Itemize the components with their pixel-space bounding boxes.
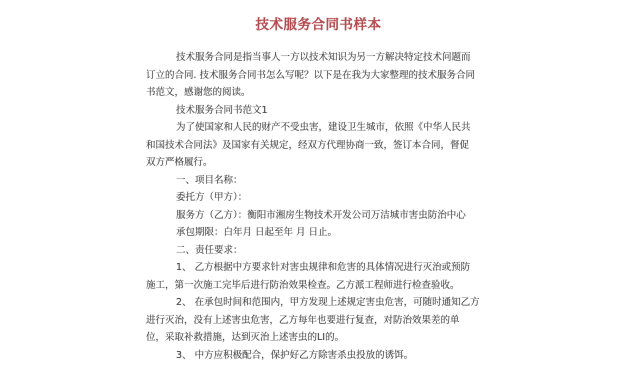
document-line: 订立的合同. 技术服务合同书怎么写呢？以下是在我为大家整理的技术服务合同 [146,67,458,85]
document-clause-contract-period: 承包期限：白年月 日起至年 月 日止。 [146,224,458,242]
document-line: 施工，第一次施工完毕后进行防治效果检查。乙方派工程师进行检查验收。 [146,277,458,295]
document-line: 进行灭治，没有上述害虫危害，乙方每年也要进行复查，对防治效果差的单 [146,312,458,330]
document-line: 1、 乙方根据中方要求针对害虫规律和危害的具体情况进行灭治或预防 [146,259,458,277]
document-line: 位，采取补救措施，达到灭治上述害虫的LI的。 [146,329,458,347]
document-line: 为了使国家和人民的财产不受虫害，建设卫生城市，依照《中华人民共 [146,119,458,137]
document-line: 技术服务合同是指当事人一方以技术知识为另一方解决特定技术问题而 [146,49,458,67]
document-line: 双方严格履行。 [146,154,458,172]
document-section-heading: 技术服务合同书范文1 [146,102,458,120]
document-line: 和国技术合同法》及国家有关规定，经双方代理协商一致，签订本合同，督促 [146,137,458,155]
document-page: 技术服务合同书样本 技术服务合同是指当事人一方以技术知识为另一方解决特定技术问题… [0,0,637,365]
document-line: 3、 中方应积极配合，保护好乙方除害杀虫投放的诱饵。 [146,347,458,365]
document-line: 书范文，感谢您的阅读。 [146,84,458,102]
document-line: 2、 在承包时间和范围内，甲方发现上述规定害虫危害，可随时通知乙方 [146,294,458,312]
page-title: 技术服务合同书样本 [0,13,637,33]
document-body: 技术服务合同是指当事人一方以技术知识为另一方解决特定技术问题而 订立的合同. 技… [146,49,458,364]
document-clause-party-b: 服务方（乙方）：衡阳市湘房生物技术开发公司万洁城市害虫防治中心 [146,207,458,225]
document-clause-project-name: 一、项目名称： [146,172,458,190]
document-clause-party-a: 委托方（甲方）： [146,189,458,207]
document-clause-responsibility: 二、责任要求： [146,242,458,260]
